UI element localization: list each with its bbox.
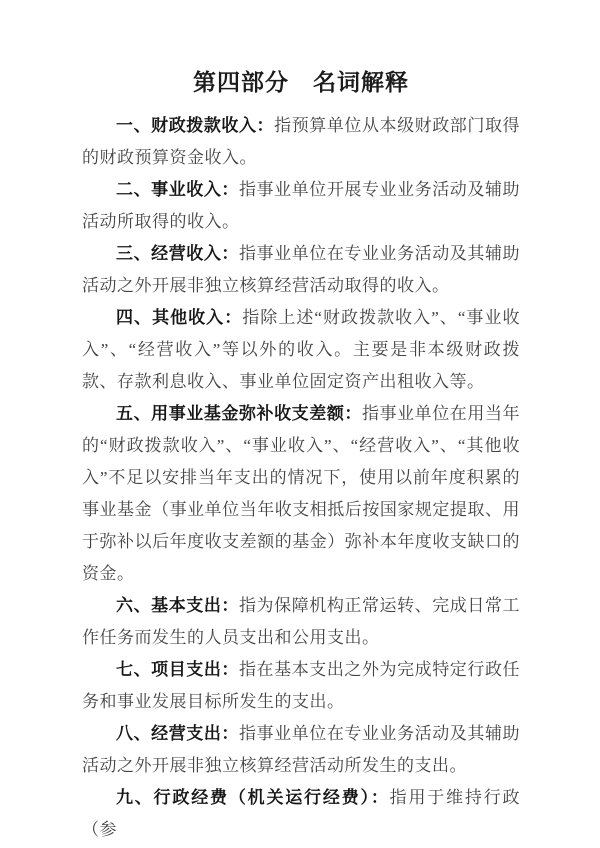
term-item-3: 三、经营收入：指事业单位在专业业务活动及其辅助活动之外开展非独立核算经营活动取得… <box>82 238 520 302</box>
document-page: 第四部分 名词解释 一、财政拨款收入：指预算单位从本级财政部门取得的财政预算资金… <box>0 0 600 848</box>
term-label: 八、经营支出： <box>116 724 239 743</box>
term-label: 三、经营收入： <box>116 244 239 263</box>
term-label: 九、行政经费（机关运行经费）： <box>116 788 390 807</box>
term-item-4: 四、其他收入：指除上述“财政拨款收入”、“事业收入”、“经营收入”等以外的收入。… <box>82 302 520 398</box>
term-item-2: 二、事业收入：指事业单位开展专业业务活动及辅助活动所取得的收入。 <box>82 174 520 238</box>
term-label: 二、事业收入： <box>116 180 239 199</box>
term-label: 四、其他收入： <box>116 308 242 327</box>
term-item-9: 九、行政经费（机关运行经费）：指用于维持行政（参 <box>82 782 520 846</box>
term-definition: 指事业单位在用当年的“财政拨款收入”、“事业收入”、“经营收入”、“其他收入”不… <box>82 404 520 583</box>
term-item-6: 六、基本支出：指为保障机构正常运转、完成日常工作任务而发生的人员支出和公用支出。 <box>82 590 520 654</box>
term-label: 五、用事业基金弥补收支差额： <box>116 404 362 423</box>
term-label: 一、财政拨款收入： <box>116 116 274 135</box>
page-title: 第四部分 名词解释 <box>82 66 520 100</box>
term-item-1: 一、财政拨款收入：指预算单位从本级财政部门取得的财政预算资金收入。 <box>82 110 520 174</box>
term-item-7: 七、项目支出：指在基本支出之外为完成特定行政任务和事业发展目标所发生的支出。 <box>82 654 520 718</box>
term-item-8: 八、经营支出：指事业单位在专业业务活动及其辅助活动之外开展非独立核算经营活动所发… <box>82 718 520 782</box>
term-item-5: 五、用事业基金弥补收支差额：指事业单位在用当年的“财政拨款收入”、“事业收入”、… <box>82 398 520 590</box>
term-label: 六、基本支出： <box>116 596 239 615</box>
term-label: 七、项目支出： <box>116 660 239 679</box>
